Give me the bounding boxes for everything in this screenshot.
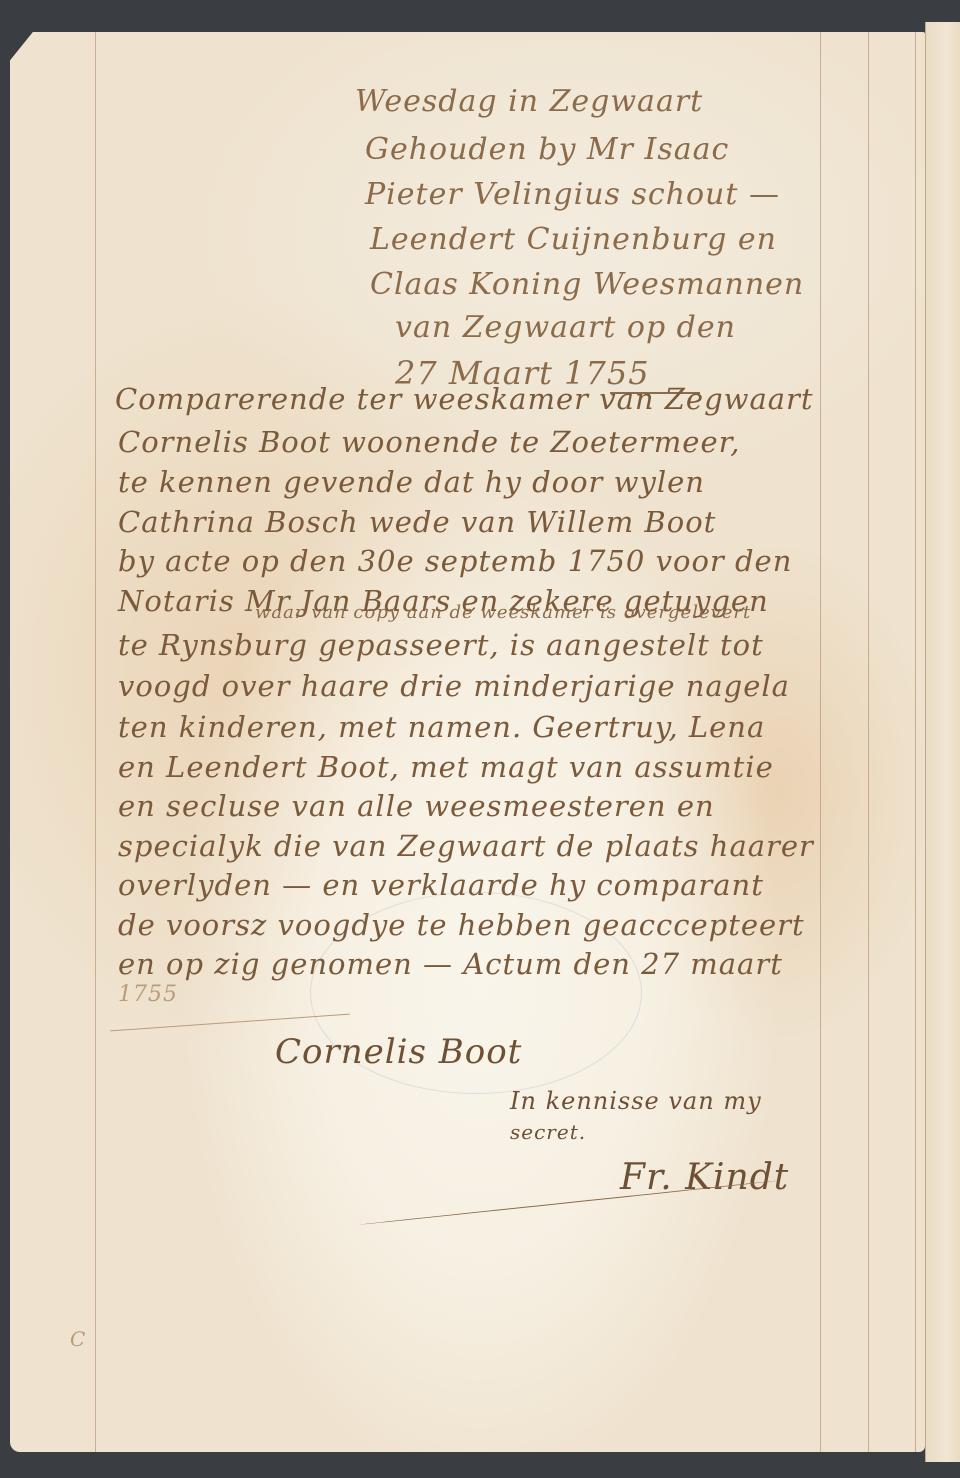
header-line: van Zegwaart op den [395, 310, 736, 345]
body-line: overlyden — en verklaarde hy comparant [118, 868, 764, 902]
facing-page-edge [925, 22, 960, 1462]
body-line: ten kinderen, met namen. Geertruy, Lena [118, 710, 765, 744]
signature-comparant: Cornelis Boot [275, 1032, 522, 1072]
body-line: Comparerende ter weeskamer van Zegwaart [115, 382, 814, 416]
body-line-year: 1755 [118, 982, 178, 1007]
left-margin-rule [95, 32, 96, 1452]
body-line: Cathrina Bosch wede van Willem Boot [118, 505, 716, 539]
secretary-title: secret. [510, 1120, 586, 1144]
body-line: by acte op den 30e septemb 1750 voor den [118, 544, 792, 578]
manuscript-page: Weesdag in Zegwaart Gehouden by Mr Isaac… [10, 32, 925, 1452]
header-line: Leendert Cuijnenburg en [370, 222, 777, 257]
body-line: en secluse van alle weesmeesteren en [118, 789, 715, 823]
header-line: Pieter Velingius schout — [365, 177, 780, 212]
attestation-text: In kennisse van my [510, 1087, 762, 1115]
header-line: Weesdag in Zegwaart [355, 84, 703, 119]
body-line: te Rynsburg gepasseert, is aangestelt to… [118, 628, 764, 662]
right-margin-rule-2 [868, 32, 869, 1452]
interlinear-insert: waar van copy aan de weeskamer is overge… [255, 602, 751, 623]
right-margin-rule-1 [820, 32, 821, 1452]
signature-flourish [356, 1180, 784, 1226]
header-line: Gehouden by Mr Isaac [365, 132, 729, 167]
body-line: te kennen gevende dat hy door wylen [118, 465, 705, 499]
page-gutter-edge [915, 32, 916, 1452]
margin-mark: C [70, 1327, 85, 1351]
body-line: specialyk die van Zegwaart de plaats haa… [118, 829, 814, 863]
signature-secretary: Fr. Kindt [620, 1157, 789, 1198]
body-line: en op zig genomen — Actum den 27 maart [118, 947, 783, 981]
header-line: Claas Koning Weesmannen [370, 267, 804, 302]
closing-stroke [110, 1014, 349, 1032]
body-line: en Leendert Boot, met magt van assumtie [118, 750, 774, 784]
body-line: Cornelis Boot woonende te Zoetermeer, [118, 425, 741, 459]
body-line: voogd over haare drie minderjarige nagel… [118, 669, 790, 703]
body-line: de voorsz voogdye te hebben geacccepteer… [118, 908, 805, 942]
